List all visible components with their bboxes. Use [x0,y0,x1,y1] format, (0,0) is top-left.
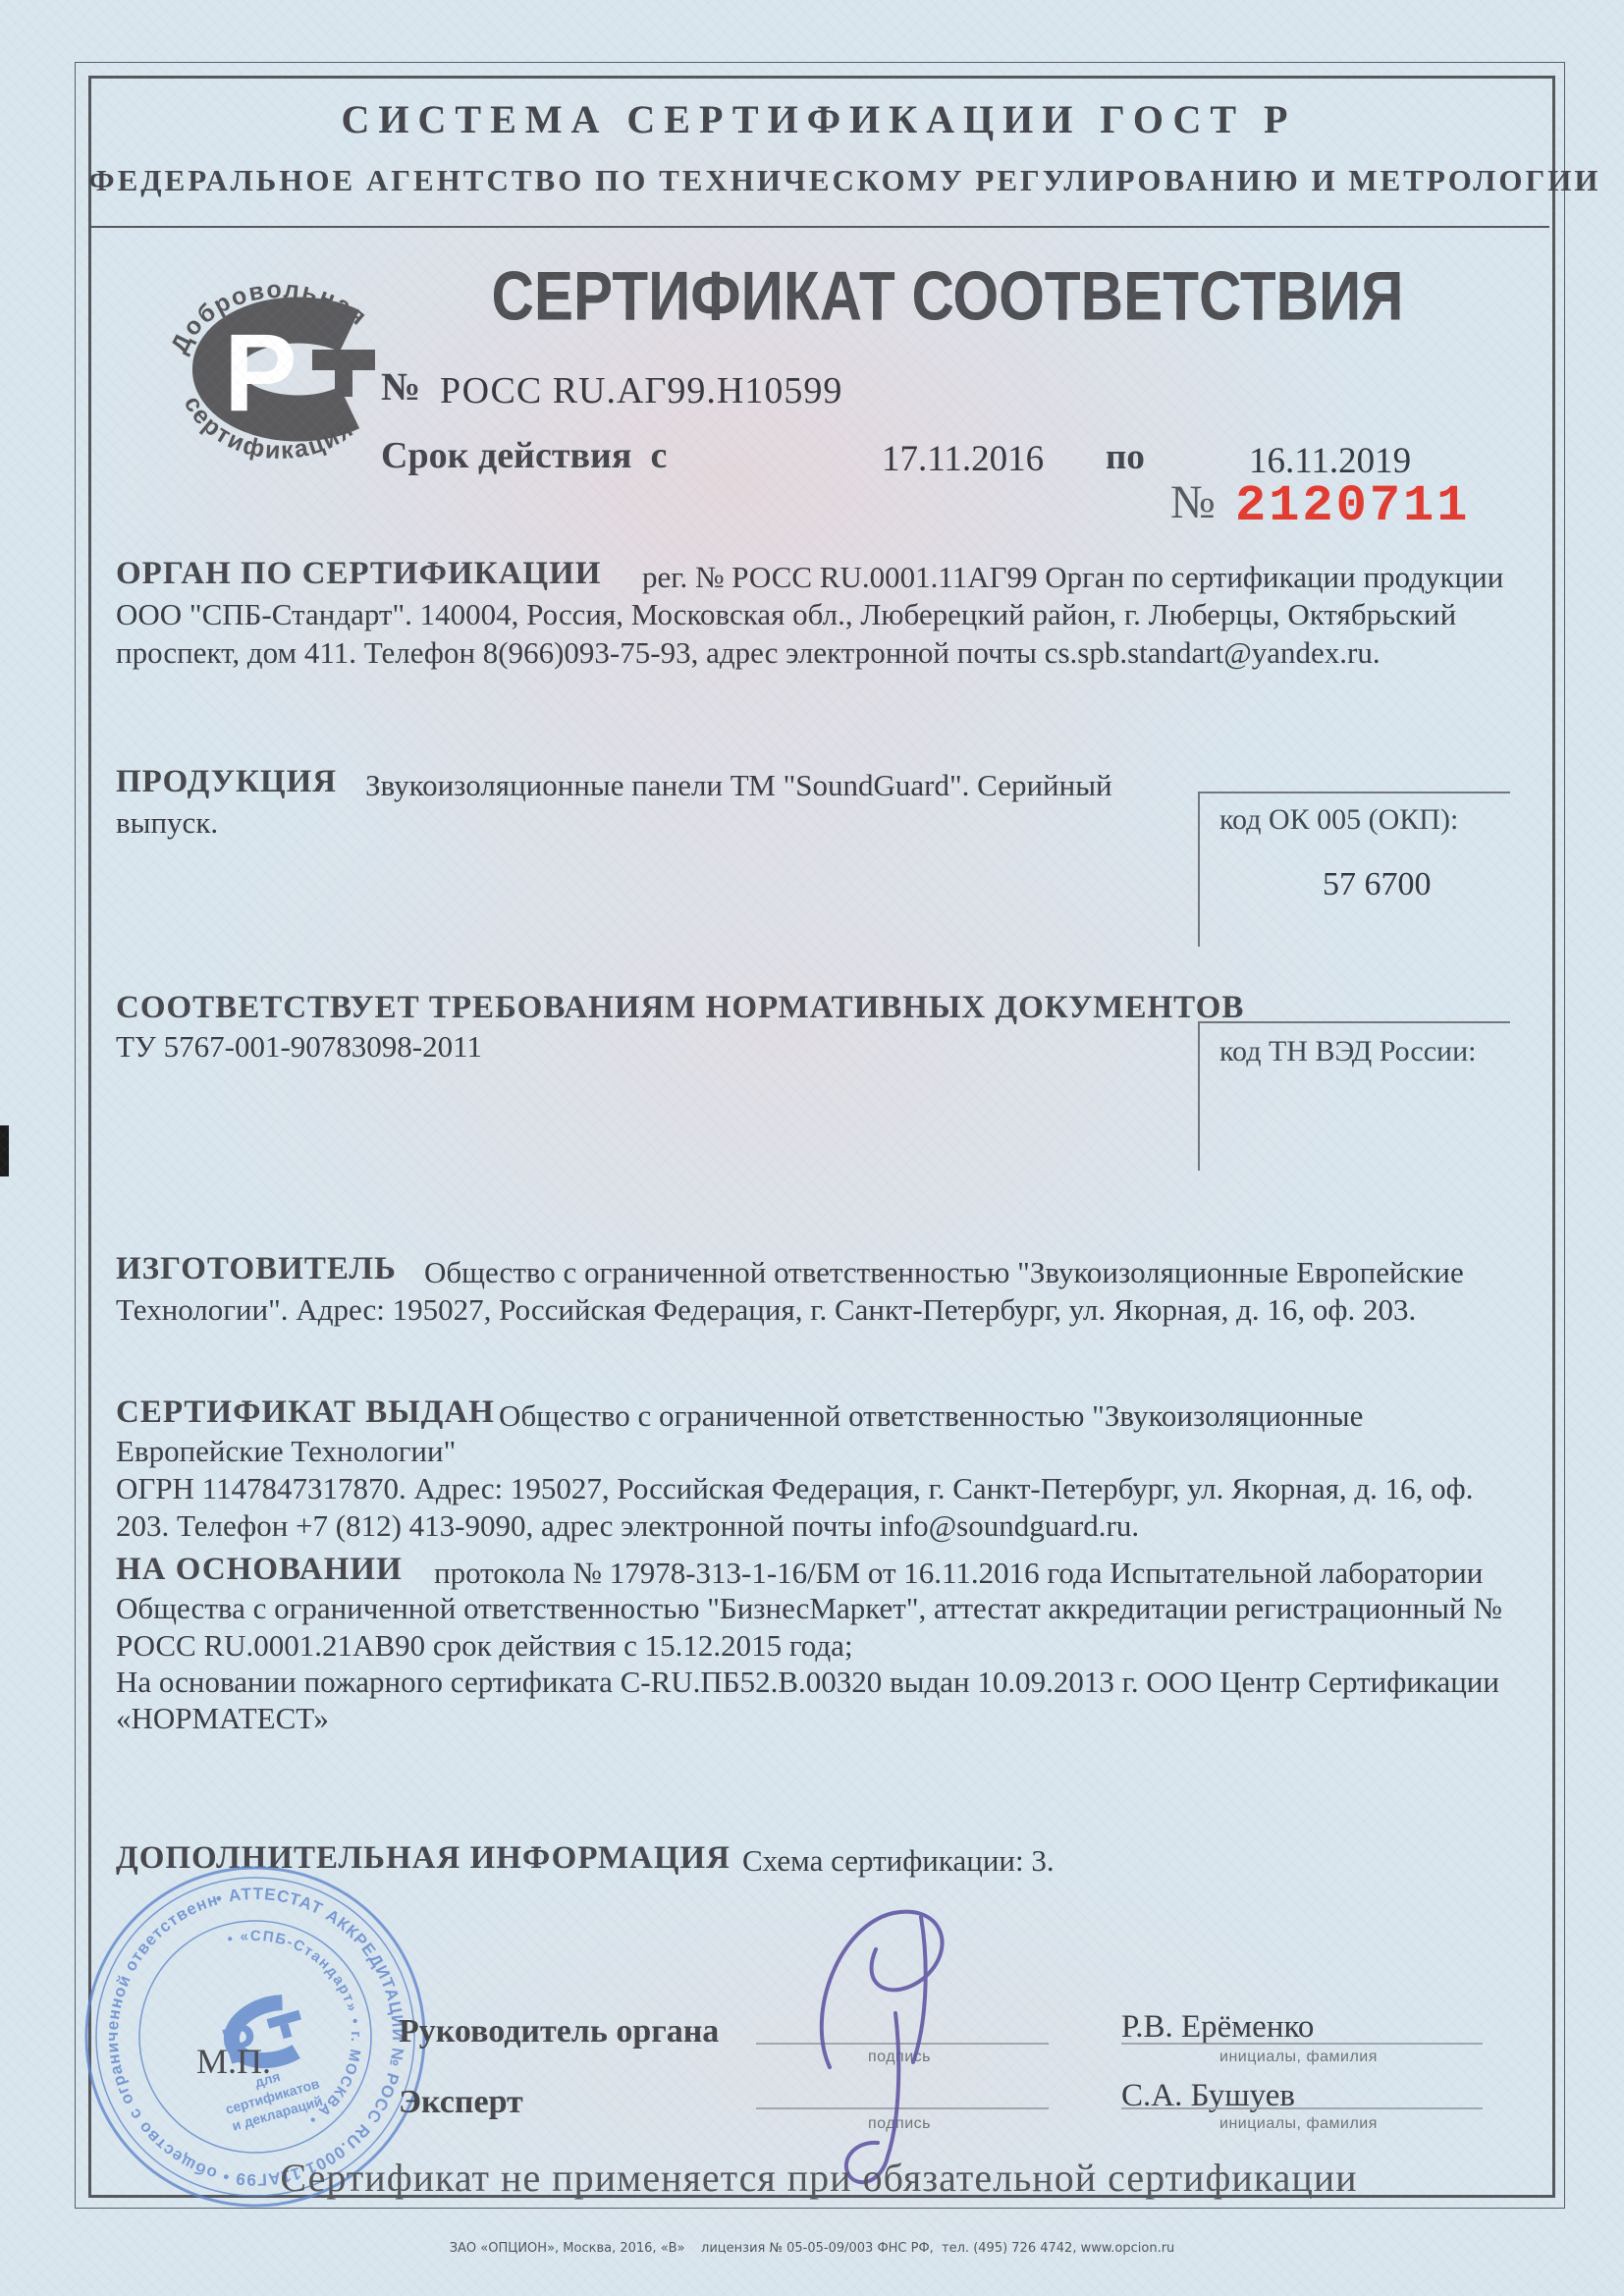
compliance-line: ТУ 5767-001-90783098-2011 [116,1029,482,1065]
basis-heading: НА ОСНОВАНИИ [116,1552,403,1588]
basis-line: На основании пожарного сертификата С-RU.… [116,1665,1499,1700]
blank-number-value: 2120711 [1235,477,1470,535]
logo-t-stem [335,370,352,397]
okp-code-value: 57 6700 [1323,866,1432,903]
disclaimer-text: Сертификат не применяется при обязательн… [88,2155,1549,2201]
agency-title: ФЕДЕРАЛЬНОЕ АГЕНТСТВО ПО ТЕХНИЧЕСКОМУ РЕ… [88,163,1549,198]
issued-to-inline: Общество с ограниченной ответственностью… [499,1398,1363,1434]
head-name-caption: инициалы, фамилия [1219,2049,1378,2066]
expert-name-line [1121,2084,1483,2109]
issued-to-heading: СЕРТИФИКАТ ВЫДАН [116,1394,495,1431]
basis-line: Общества с ограниченной ответственностью… [116,1591,1502,1626]
manufacturer-line: Технологии". Адрес: 195027, Российская Ф… [116,1292,1416,1328]
product-line: выпуск. [116,805,218,841]
compliance-heading: СООТВЕТСТВУЕТ ТРЕБОВАНИЯМ НОРМАТИВНЫХ ДО… [116,990,1244,1026]
manufacturer-heading: ИЗГОТОВИТЕЛЬ [116,1251,397,1287]
issued-to-line: 203. Телефон +7 (812) 413-9090, адрес эл… [116,1508,1139,1544]
validity-to: 16.11.2019 [1249,440,1411,482]
organ-line: проспект, дом 411. Телефон 8(966)093-75-… [116,635,1380,671]
basis-line: «НОРМАТЕСТ» [116,1701,329,1736]
issued-to-line: ОГРН 1147847317870. Адрес: 195027, Росси… [116,1471,1474,1506]
cert-number-value: РОСС RU.АГ99.Н10599 [440,369,842,412]
manufacturer-inline: Общество с ограниченной ответственностью… [424,1255,1464,1290]
organ-line: ООО "СПБ-Стандарт". 140004, Россия, Моск… [116,597,1456,632]
cert-number-label: № [381,363,420,410]
expert-name-caption: инициалы, фамилия [1219,2115,1378,2133]
basis-inline: протокола № 17978-313-1-16/БМ от 16.11.2… [434,1556,1483,1591]
page-title: СЕРТИФИКАТ СООТВЕТСТВИЯ [438,257,1457,336]
validity-to-label: по [1106,436,1145,478]
expert-role-label: Эксперт [399,2084,523,2121]
seal-place-label: М.П. [196,2041,271,2082]
issued-to-line: Европейские Технологии" [116,1434,456,1469]
header-divider [88,226,1549,228]
product-heading: ПРОДУКЦИЯ [116,764,337,800]
certificate-page: СИСТЕМА СЕРТИФИКАЦИИ ГОСТ Р ФЕДЕРАЛЬНОЕ … [0,0,1624,2296]
tnved-code-label: код ТН ВЭД России: [1219,1035,1476,1068]
okp-code-box: код ОК 005 (ОКП): 57 6700 [1198,792,1510,947]
validity-from: 17.11.2016 [882,438,1044,480]
system-title: СИСТЕМА СЕРТИФИКАЦИИ ГОСТ Р [88,96,1549,142]
tnved-code-box: код ТН ВЭД России: [1198,1021,1510,1171]
scan-artifact [0,1125,9,1176]
logo-letter-r: Р [224,311,298,434]
head-name-line [1121,2019,1483,2045]
organ-heading: ОРГАН ПО СЕРТИФИКАЦИИ [116,556,601,592]
additional-inline: Схема сертификации: 3. [742,1843,1055,1879]
basis-line: РОСС RU.0001.21АВ90 срок действия с 15.1… [116,1628,853,1664]
head-role-label: Руководитель органа [399,2013,719,2050]
blank-number-label: № [1170,475,1216,529]
rst-logo: Добровольная Р сертификация [155,257,401,464]
okp-code-label: код ОК 005 (ОКП): [1219,803,1458,837]
validity-label: Срок действия с [381,434,667,477]
product-inline: Звукоизоляционные панели ТМ "SoundGuard"… [365,768,1112,803]
logo-t-bar [312,350,375,370]
printer-imprint: ЗАО «ОПЦИОН», Москва, 2016, «В» лицензия… [0,2241,1624,2256]
organ-inline: рег. № РОСС RU.0001.11АГ99 Орган по серт… [642,560,1503,595]
